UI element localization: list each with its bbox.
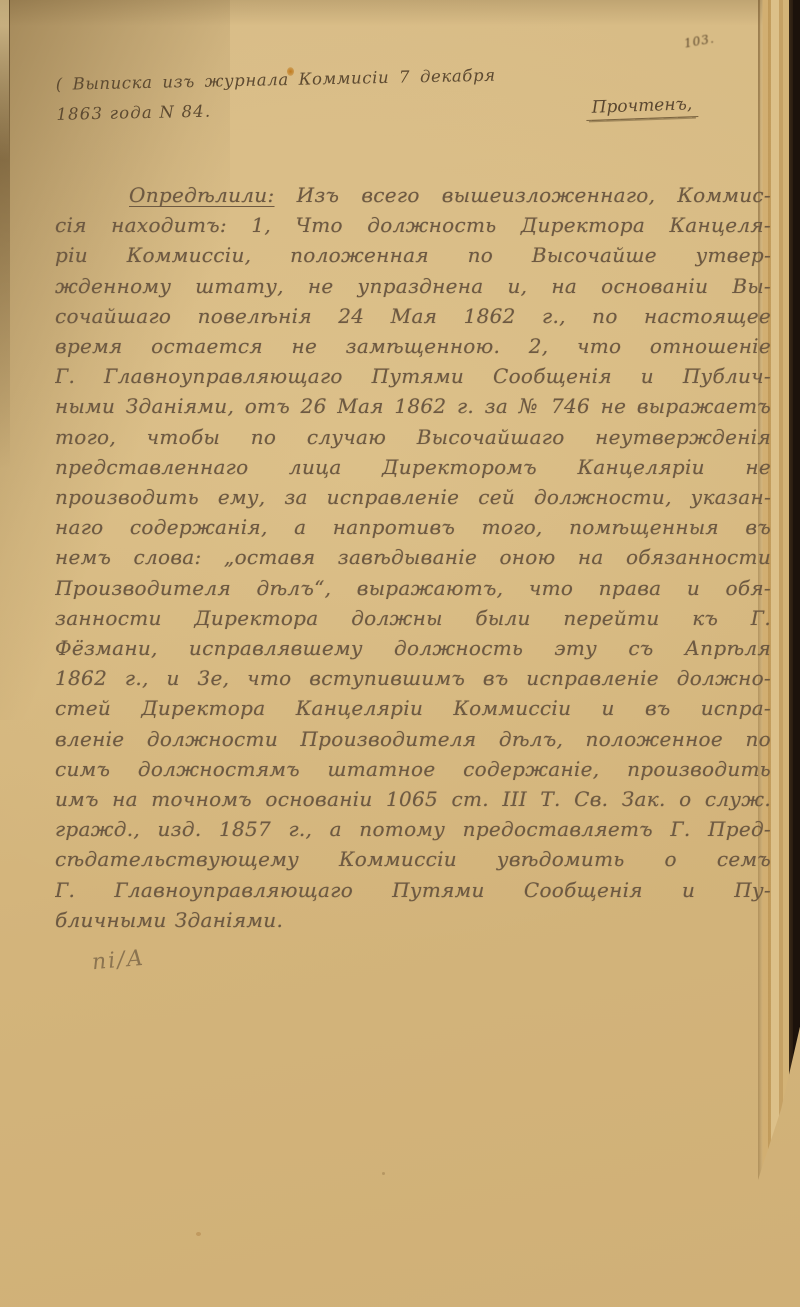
manuscript-line: производить ему, за исправленіе сей долж… [55,482,771,512]
manuscript-page-scan: 103. ( Выписка изъ журнала Коммисіи 7 де… [0,0,800,1307]
manuscript-line: Фёзмани, исправлявшему должность эту съ … [55,633,771,663]
manuscript-line: симъ должностямъ штатное содержаніе, про… [55,754,771,784]
manuscript-line: сочайшаго повелѣнія 24 Мая 1862 г., по н… [55,301,771,331]
manuscript-line: 1862 г., и 3е, что вступившимъ въ исправ… [55,663,771,693]
manuscript-line: жденному штату, не упразднена и, на осно… [55,271,771,301]
page-number: 103. [683,31,716,50]
manuscript-line: ными Зданіями, отъ 26 Мая 1862 г. за № 7… [55,391,771,421]
header-annotation: ( Выписка изъ журнала Коммисіи 7 декабря… [55,58,616,130]
manuscript-line: наго содержанія, а напротивъ того, помѣщ… [55,512,771,542]
manuscript-line: немъ слова: „оставя завѣдываніе оною на … [55,542,771,572]
paper-speck [196,1232,201,1236]
manuscript-line: того, чтобы по случаю Высочайшаго неутве… [55,422,771,452]
manuscript-line: сія находитъ: 1, Что должность Директора… [55,210,771,240]
manuscript-line: бличными Зданіями. [55,905,771,935]
manuscript-line: ріи Коммиссіи, положенная по Высочайше у… [55,240,771,270]
manuscript-line: Г. Главноуправляющаго Путями Сообщенія и… [55,875,771,905]
manuscript-line: вленіе должности Производителя дѣлъ, пол… [55,724,771,754]
manuscript-line: Г. Главноуправляющаго Путями Сообщенія и… [55,361,771,391]
manuscript-line: занности Директора должны были перейти к… [55,603,771,633]
body-lines: Опредѣлили: Изъ всего вышеизложеннаго, К… [55,180,771,935]
manuscript-line: имъ на точномъ основаніи 1065 ст. III Т.… [55,784,771,814]
approval-mark-text: Прочтенъ, [585,94,698,121]
manuscript-line: сѣдательствующему Коммиссіи увѣдомить о … [55,844,771,874]
underlined-lead-word: Опредѣлили: [129,183,275,207]
manuscript-line: стей Директора Канцеляріи Коммиссіи и въ… [55,693,771,723]
approval-mark: Прочтенъ, [562,93,723,122]
manuscript-line: Производителя дѣлъ“, выражаютъ, что прав… [55,573,771,603]
manuscript-line: Опредѣлили: Изъ всего вышеизложеннаго, К… [55,180,771,210]
manuscript-line: гражд., изд. 1857 г., а потому предостав… [55,814,771,844]
manuscript-body: Опредѣлили: Изъ всего вышеизложеннаго, К… [55,180,771,935]
scribe-initials-mark: пі/А [91,946,146,976]
paper-speck [382,1172,385,1175]
top-edge-shading [0,0,800,26]
manuscript-line: время остается не замѣщенною. 2, что отн… [55,331,771,361]
manuscript-line: представленнаго лица Директоромъ Канцеля… [55,452,771,482]
